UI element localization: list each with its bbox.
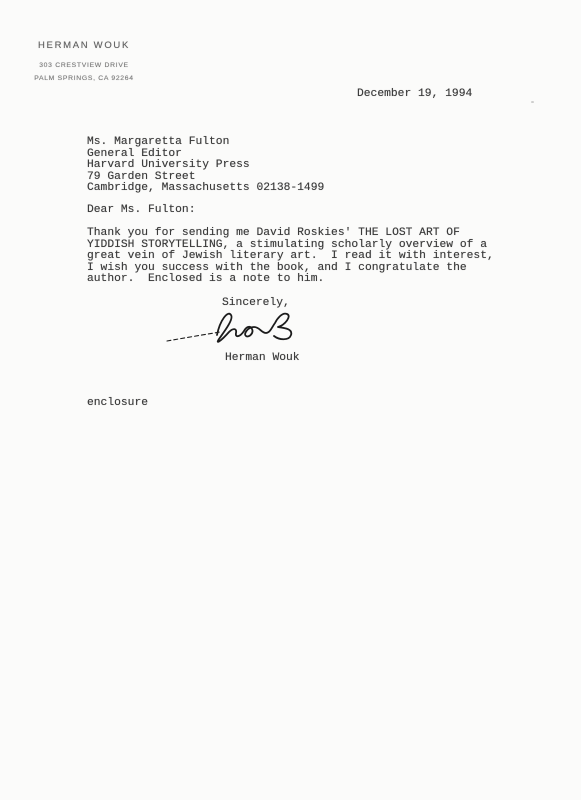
letterhead-address-line1: 303 CRESTVIEW DRIVE: [26, 59, 142, 72]
typed-signature-name: Herman Wouk: [225, 353, 300, 365]
letter-body: Thank you for sending me David Roskies' …: [87, 228, 494, 286]
body-line: author. Enclosed is a note to him.: [87, 274, 494, 286]
scan-speck: [531, 101, 534, 103]
signature-scrawl-icon: [164, 307, 322, 353]
salutation: Dear Ms. Fulton:: [87, 205, 195, 217]
letterhead-name: HERMAN WOUK: [26, 40, 142, 51]
letterhead: HERMAN WOUK 303 CRESTVIEW DRIVE PALM SPR…: [26, 40, 142, 85]
scanned-letter-page: HERMAN WOUK 303 CRESTVIEW DRIVE PALM SPR…: [0, 0, 581, 800]
letterhead-address-line2: PALM SPRINGS, CA 92264: [26, 72, 142, 85]
recipient-name: Ms. Margaretta Fulton: [87, 137, 324, 149]
recipient-city-state-zip: Cambridge, Massachusetts 02138-1499: [87, 183, 324, 195]
enclosure-note: enclosure: [87, 398, 148, 410]
date-line: December 19, 1994: [357, 89, 472, 101]
recipient-address-block: Ms. Margaretta Fulton General Editor Har…: [87, 137, 324, 195]
body-line: Thank you for sending me David Roskies' …: [87, 228, 494, 240]
handwritten-signature: [164, 307, 322, 353]
